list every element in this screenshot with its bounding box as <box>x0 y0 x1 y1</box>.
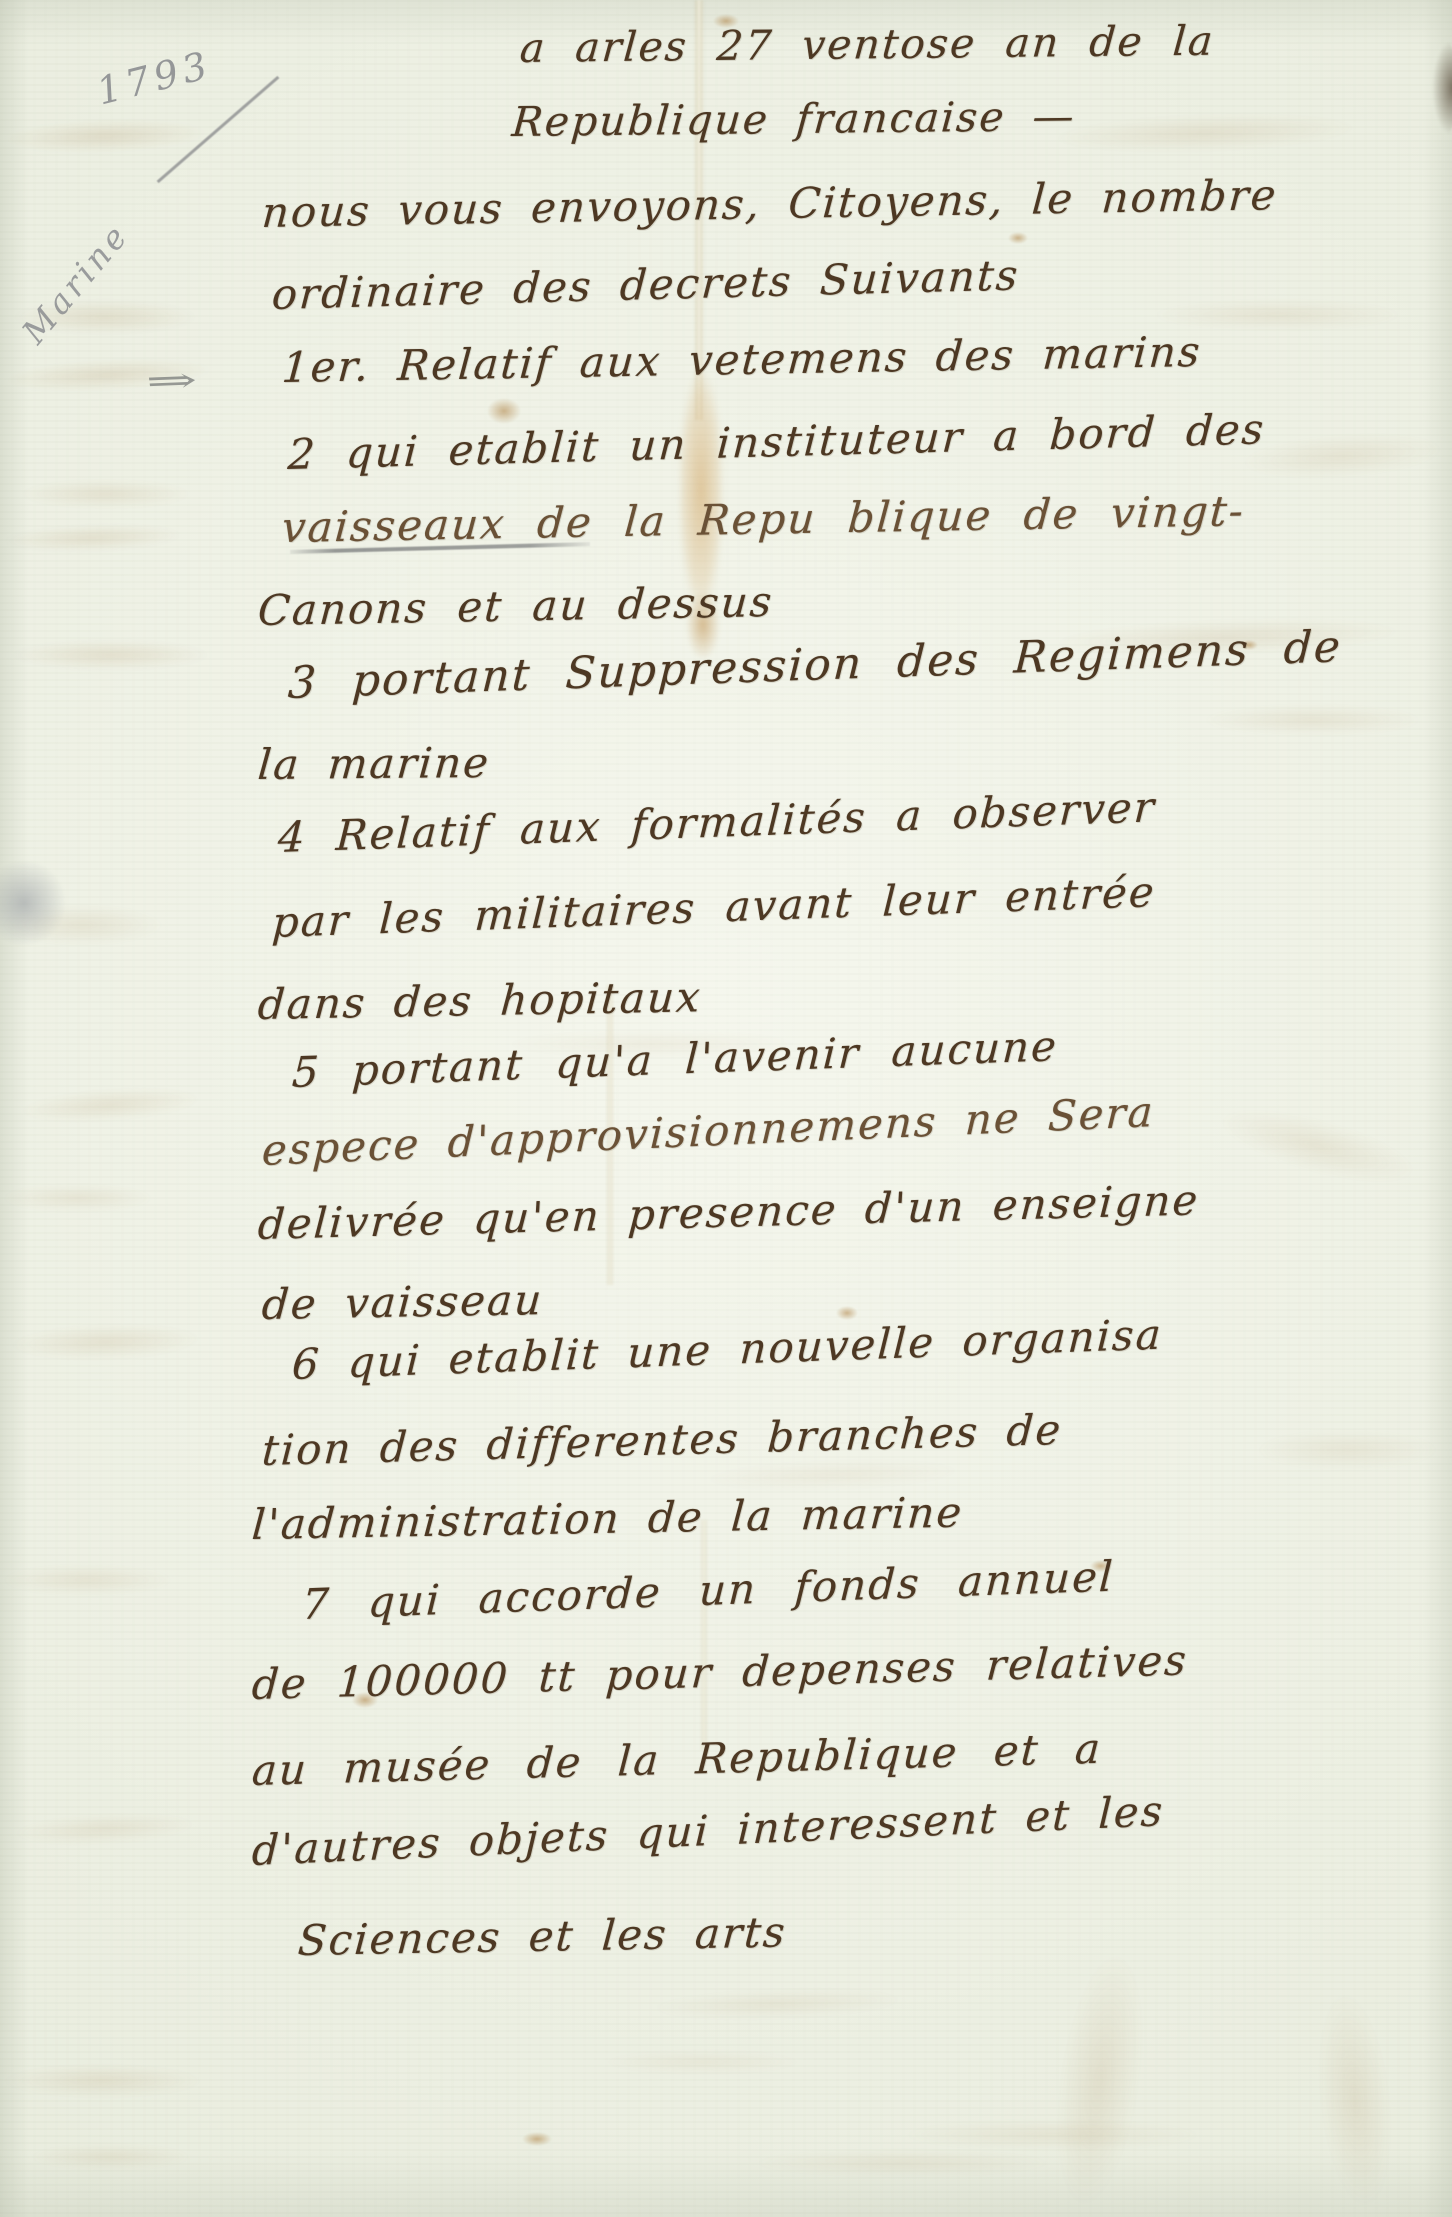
paper-speck <box>1008 232 1028 244</box>
bleedthrough-mark <box>1255 1430 1440 1470</box>
dateline: a arles 27 ventose an de la <box>518 19 1216 71</box>
bleedthrough-mark <box>18 480 193 508</box>
fold-crease <box>700 1520 708 1750</box>
bleedthrough-mark <box>0 1185 155 1211</box>
bleedthrough-mark <box>8 640 213 670</box>
manuscript-line: de vaisseau <box>260 1277 545 1328</box>
edge-ink-mark <box>1432 40 1452 136</box>
bleedthrough-mark <box>0 1565 175 1595</box>
manuscript-line: dans des hopitaux <box>256 974 703 1028</box>
bleedthrough-mark <box>1150 300 1405 330</box>
pencil-arrow-mark: ⇒ <box>143 360 199 402</box>
paper-speck <box>487 398 521 424</box>
manuscript-line: Canons et au dessus <box>256 579 775 634</box>
bleedthrough-mark <box>600 2050 805 2074</box>
dateline: Republique francaise — <box>510 94 1077 145</box>
bleedthrough-mark <box>900 2120 1205 2150</box>
scanned-manuscript-page: { "page": { "paper_color": "#edf0e3", "i… <box>0 0 1452 2217</box>
paper-speck <box>836 1306 858 1320</box>
paper-speck <box>522 2132 552 2146</box>
bleedthrough-mark <box>1200 705 1425 735</box>
manuscript-line: Sciences et les arts <box>296 1909 788 1964</box>
bleedthrough-mark <box>750 2150 1055 2176</box>
bleedthrough-mark <box>28 2145 193 2169</box>
bleedthrough-mark <box>0 2065 205 2097</box>
manuscript-line: la marine <box>256 740 492 788</box>
